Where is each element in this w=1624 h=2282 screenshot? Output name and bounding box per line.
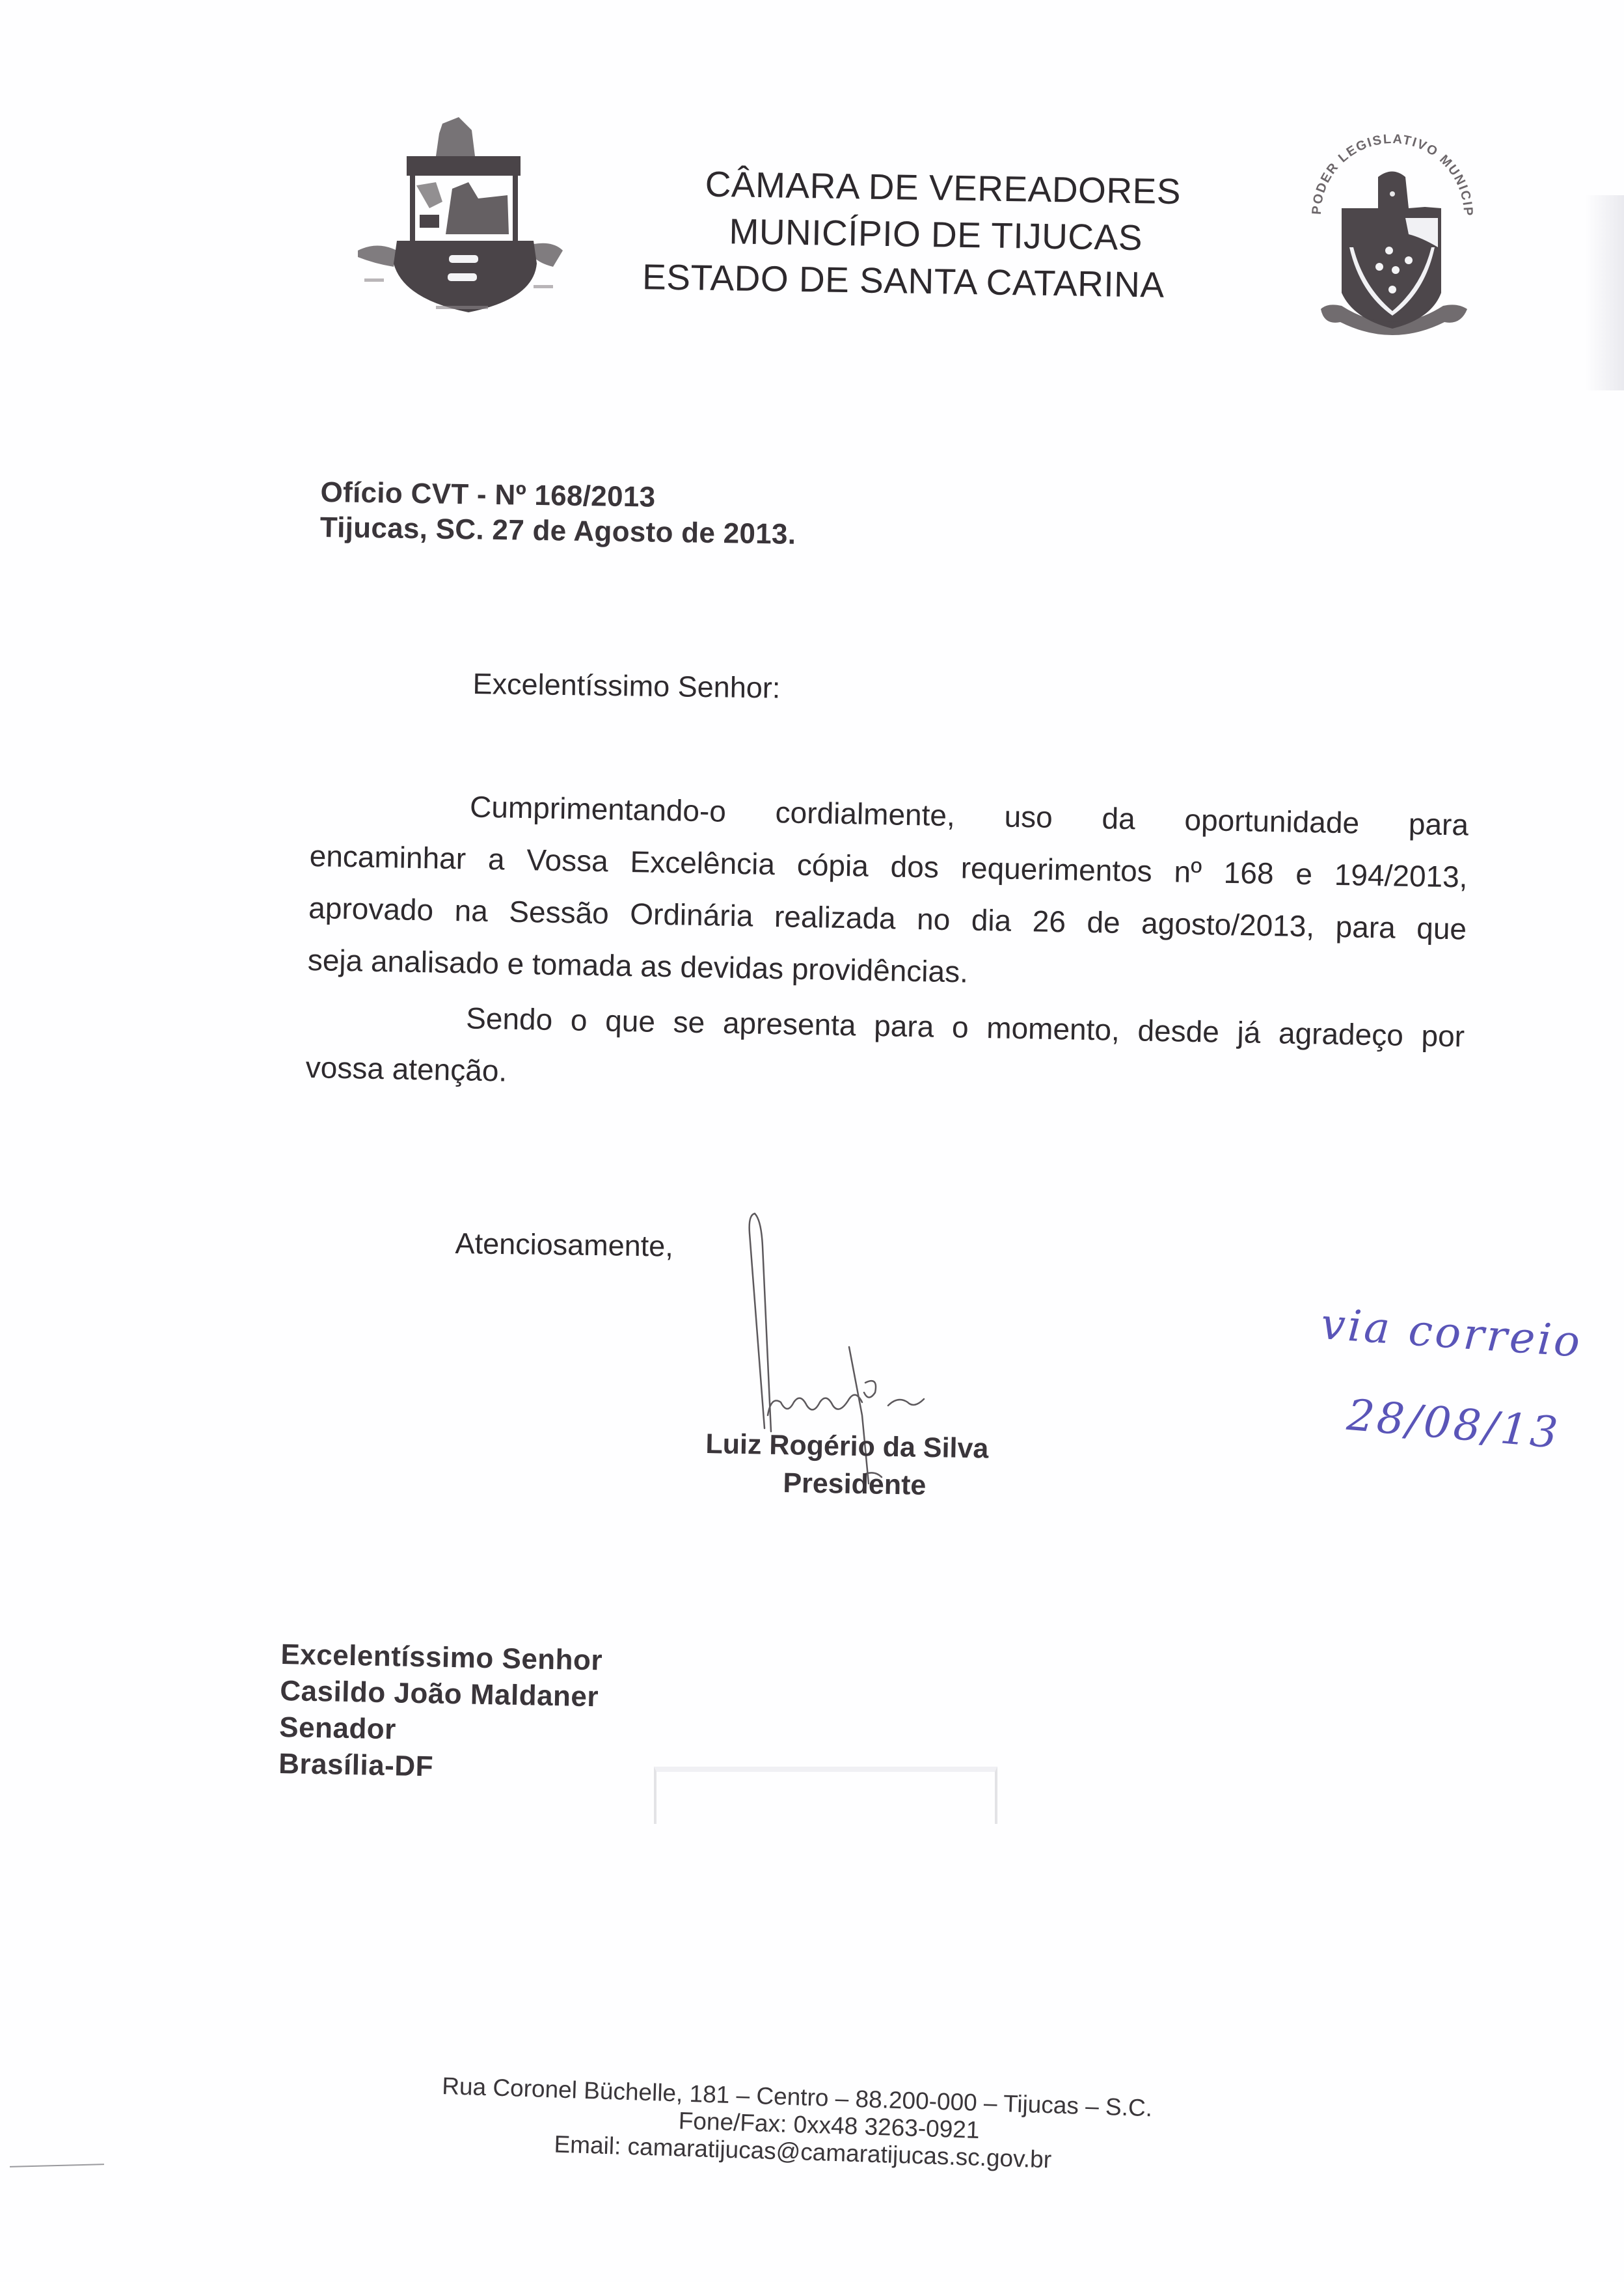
recipient-name: Casildo João Maldaner [280, 1673, 602, 1715]
municipal-coat-of-arms-icon [338, 111, 573, 325]
signer-title: Presidente [705, 1463, 1044, 1506]
recipient-salutation: Excelentíssimo Senhor [280, 1637, 603, 1679]
header-line-state: ESTADO DE SANTA CATARINA [636, 253, 1235, 309]
body-paragraph-1: Cumprimentando-o cordialmente, uso da op… [307, 778, 1469, 1007]
recipient-location: Brasília-DF [278, 1746, 601, 1788]
institution-header: CÂMARA DE VEREADORES MUNICÍPIO DE TIJUCA… [636, 159, 1236, 309]
scan-shadow [1585, 195, 1624, 390]
recipient-title: Senador [279, 1709, 602, 1752]
scan-artifact-line [10, 2164, 104, 2167]
header-line-chamber: CÂMARA DE VEREADORES [637, 159, 1236, 215]
body-paragraph-2: Sendo o que se apresenta para o momento,… [305, 989, 1465, 1115]
signer-block: Luiz Rogério da Silva Presidente [705, 1425, 1044, 1506]
letterhead-footer: Rua Coronel Büchelle, 181 – Centro – 88.… [440, 2072, 1249, 2180]
recipient-block: Excelentíssimo Senhor Casildo João Malda… [278, 1637, 603, 1788]
handwritten-date: 28/08/13 [1345, 1390, 1562, 1458]
handwritten-annotation: via correio 28/08/13 [1321, 1308, 1620, 1471]
faint-scan-mark [654, 1767, 997, 1824]
letter-page: CÂMARA DE VEREADORES MUNICÍPIO DE TIJUCA… [0, 0, 1624, 2282]
closing-phrase: Atenciosamente, [455, 1227, 673, 1264]
legislative-seal-icon: PODER LEGISLATIVO MUNICIPAL [1301, 130, 1483, 351]
signer-name: Luiz Rogério da Silva [705, 1425, 1044, 1469]
document-reference: Ofício CVT - Nº 168/2013 Tijucas, SC. 27… [319, 475, 796, 552]
place-and-date: Tijucas, SC. 27 de Agosto de 2013. [319, 510, 796, 552]
letter-body: Cumprimentando-o cordialmente, uso da op… [305, 778, 1469, 1115]
salutation: Excelentíssimo Senhor: [472, 667, 780, 705]
handwritten-delivery-method: via correio [1319, 1299, 1584, 1367]
